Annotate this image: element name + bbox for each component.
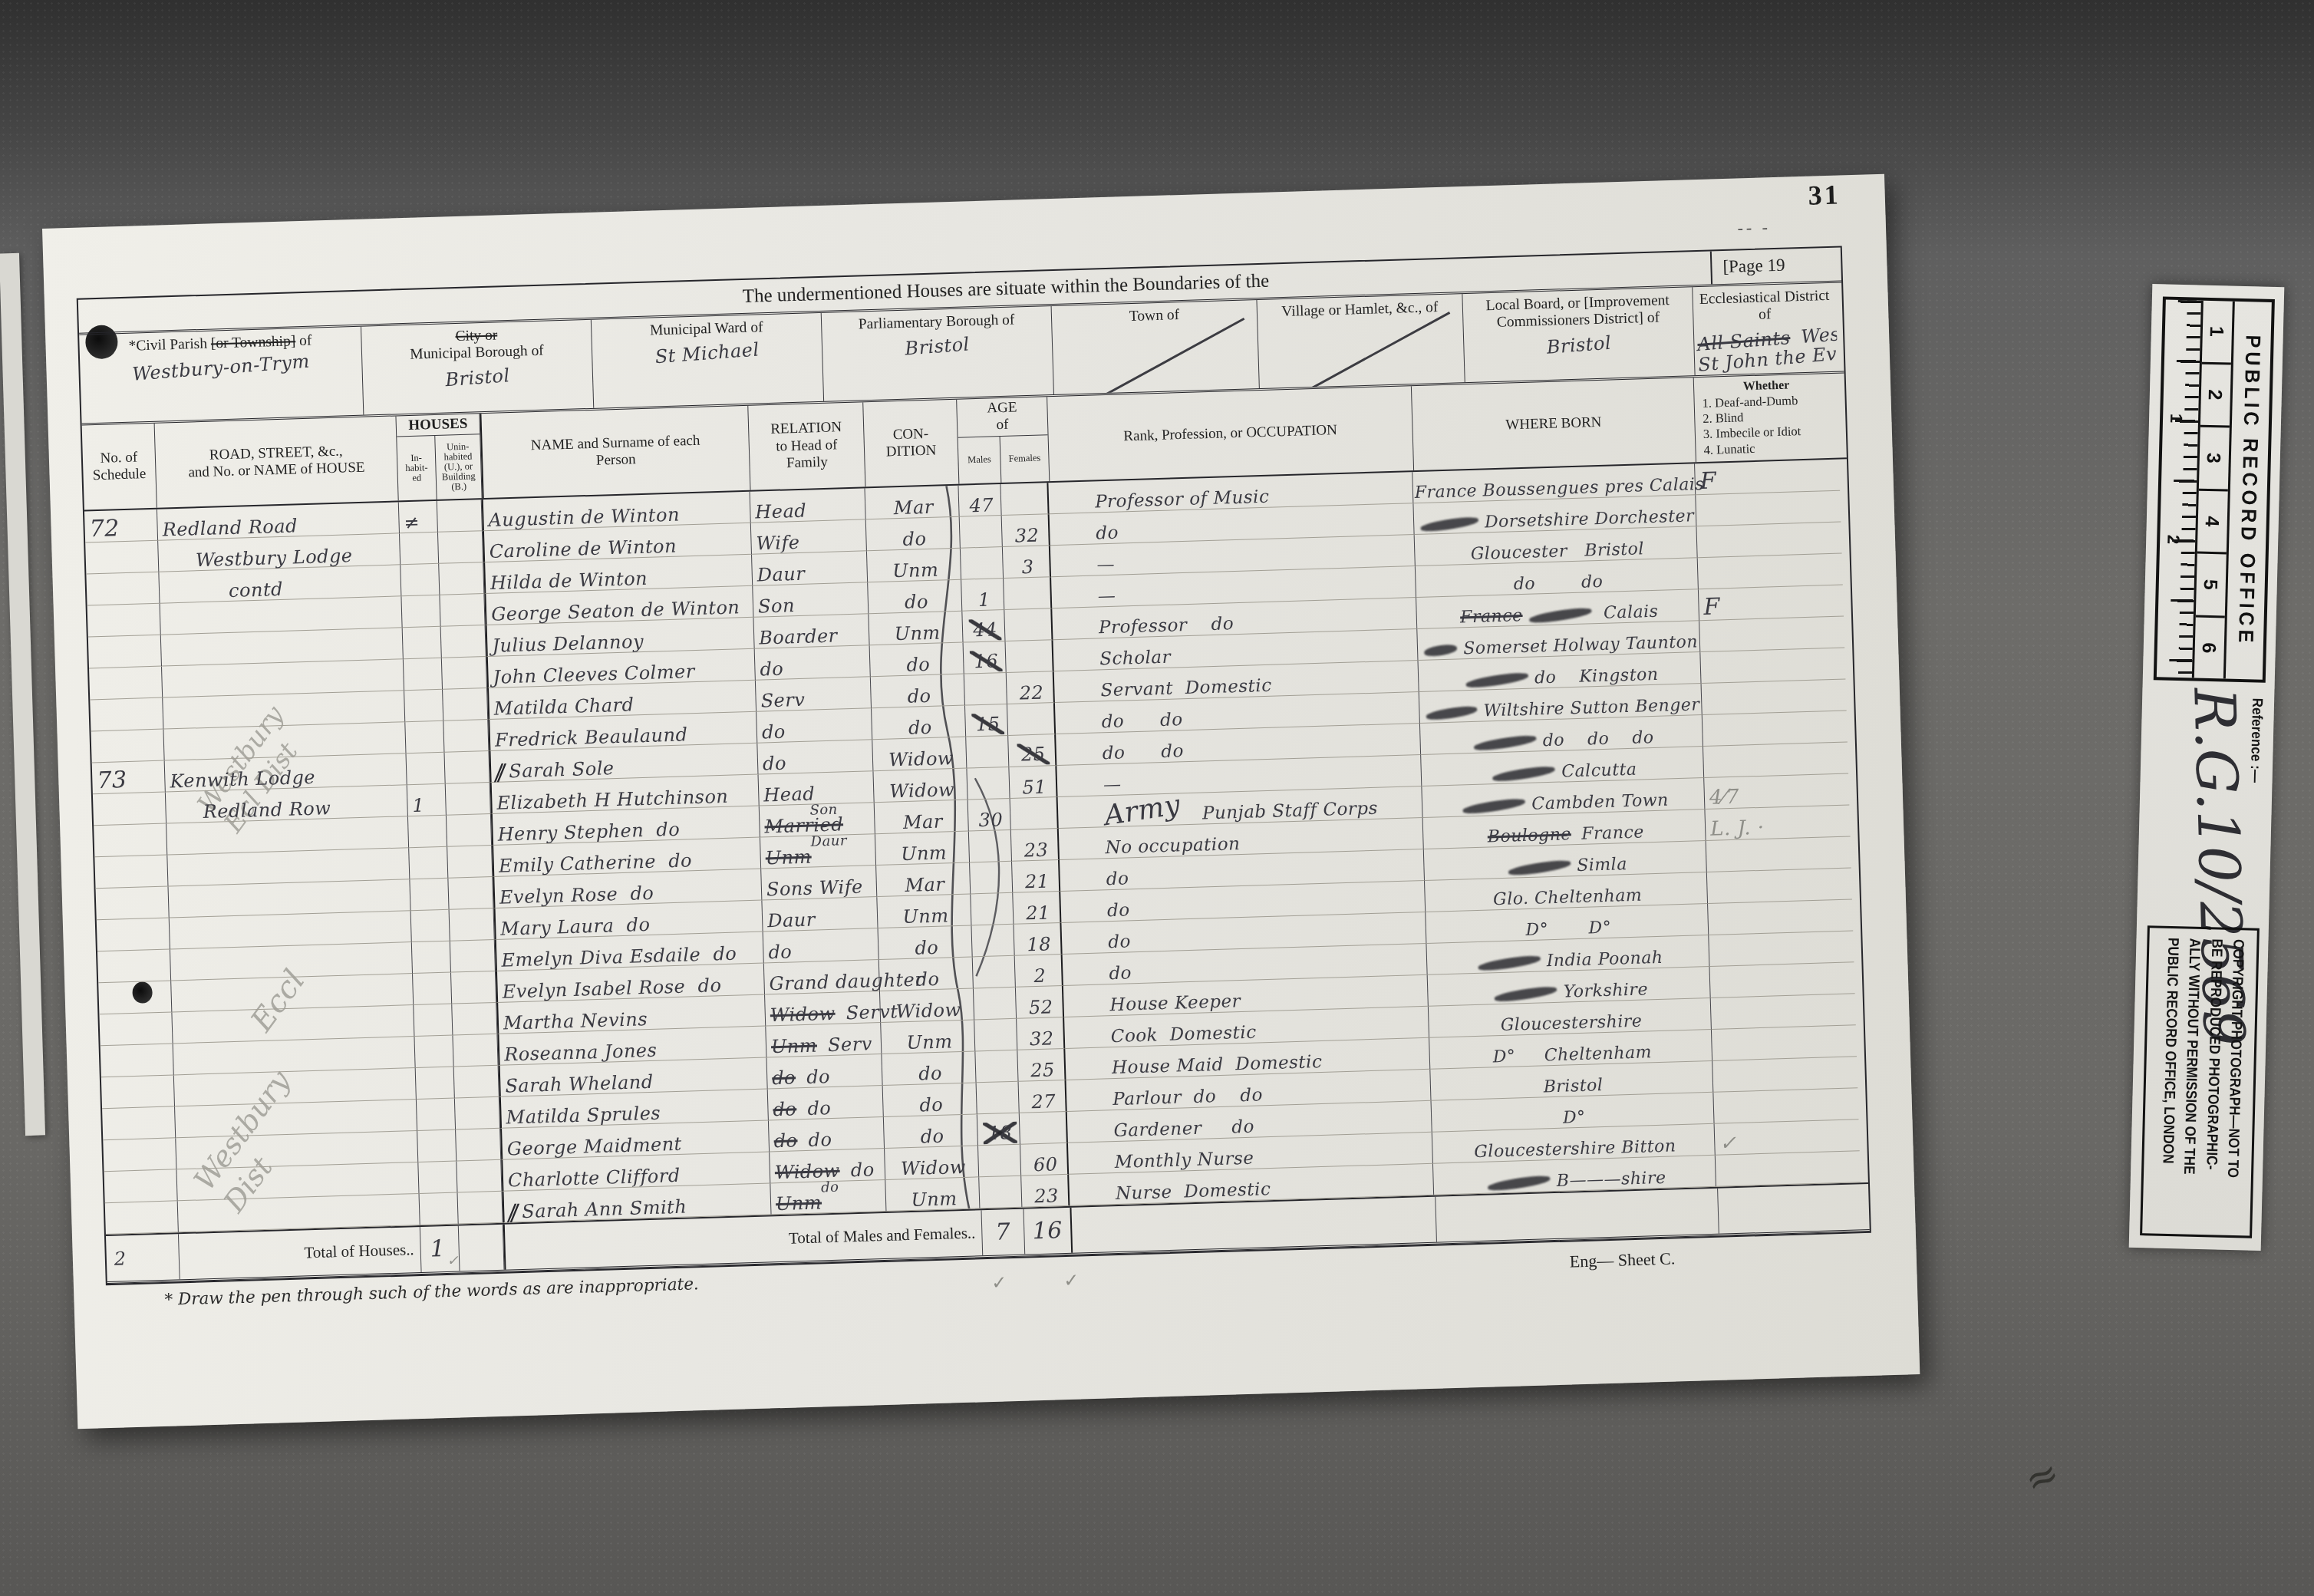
district-label: Village or Hamlet, &c., of (1261, 298, 1460, 322)
cell-condition: do (884, 1114, 978, 1149)
header-name: NAME and Surname of each Person (480, 406, 750, 498)
blank-slash (1281, 312, 1450, 388)
handwriting: Sarah Wheland (505, 1073, 654, 1096)
header-condition: CON- DITION (863, 400, 959, 487)
handwriting: Sarah Ann Smith (522, 1198, 687, 1221)
handwriting: Mar (905, 875, 945, 895)
cell-condition: do (882, 1051, 976, 1086)
handwriting: 72 (89, 517, 120, 541)
census-table-frame: The undermentioned Houses are situate wi… (77, 246, 1871, 1285)
handwriting: Cambden Town (1531, 792, 1669, 813)
cell-relation: do (763, 928, 879, 963)
cell-uninhabited (446, 783, 491, 816)
cell-age-female: 2 (1015, 955, 1063, 988)
cell-schedule (94, 824, 167, 858)
handwriting: do (915, 970, 940, 989)
handwriting: Sons Wife (766, 878, 863, 899)
cell-condition: Unm (877, 894, 971, 928)
handwriting: Bristol (1543, 1077, 1603, 1096)
cell-age-female: 18 (1014, 923, 1062, 956)
handwriting: Roseanna Jones (504, 1041, 658, 1064)
district-cell: *Civil Parish [or Township] ofWestbury-o… (79, 327, 364, 424)
handwriting: 51 (1022, 777, 1047, 796)
handwriting: do (802, 1130, 832, 1149)
handwriting: 23 (1034, 1186, 1059, 1205)
cell-inhabited (410, 879, 449, 911)
totals-houses-value: 1✓ (420, 1225, 460, 1271)
cell-relation: UnmDaur (760, 834, 876, 869)
cell-age-male (978, 1145, 1021, 1178)
ink-smudge (1420, 515, 1479, 533)
cell-relation: do (757, 740, 873, 774)
handwriting: Unm (911, 1189, 958, 1209)
cell-inhabited (411, 910, 450, 942)
handwriting: do (1109, 965, 1132, 983)
district-label: Ecclesiastical District of (1696, 288, 1833, 326)
cell-age-female (1020, 1112, 1068, 1145)
handwriting: Matilda Sprules (506, 1104, 661, 1127)
cell-disability (1699, 617, 1844, 653)
handwriting: Mar (894, 498, 934, 518)
cell-age-male: 1 (961, 579, 1004, 612)
ink-smudge (1492, 764, 1556, 783)
handwriting: Unm (776, 1193, 822, 1213)
cell-age-female (1007, 703, 1056, 736)
blank-slash (1076, 317, 1244, 394)
handwriting: do (768, 942, 793, 961)
handwriting: 1 (412, 796, 424, 815)
handwriting: 2 (1033, 967, 1046, 985)
handwriting: Widow (889, 780, 954, 801)
handwriting: Daur (810, 834, 847, 849)
cell-age-female: 27 (1019, 1080, 1067, 1113)
pencil-dots: -- - (1737, 217, 1771, 238)
handwriting: F (1703, 595, 1720, 619)
cell-condition: Widow (880, 988, 974, 1023)
handwriting: Professor do (1099, 615, 1234, 637)
cell-inhabited (404, 690, 443, 722)
header-schedule: No. of Schedule (82, 424, 157, 510)
cell-uninhabited (450, 908, 495, 941)
district-cell: City or Municipal Borough ofBristol (361, 320, 594, 415)
handwriting: do (902, 529, 927, 549)
cell-relation: do (755, 645, 871, 680)
cell-schedule (99, 1012, 173, 1046)
district-cell: Local Board, or [Improvement Commissione… (1462, 287, 1695, 382)
cell-relation: Widow do (770, 1149, 885, 1183)
cell-uninhabited (441, 625, 486, 658)
cell-condition: do (866, 517, 961, 552)
handwriting: do Kingston (1534, 667, 1659, 688)
cell-uninhabited (457, 1160, 502, 1193)
cell-age-male (975, 1050, 1018, 1083)
cell-uninhabited (456, 1129, 501, 1162)
handwriting: do (773, 1131, 798, 1150)
handwriting: 32 (1030, 1029, 1054, 1048)
cell-disability (1716, 1151, 1861, 1187)
handwriting: Scholar (1099, 649, 1172, 669)
cell-disability (1696, 491, 1841, 527)
handwriting: B———shire (1557, 1170, 1666, 1190)
handwriting: Monthly Nurse (1114, 1150, 1254, 1172)
cell-schedule (104, 1169, 177, 1203)
cell-disability (1696, 523, 1841, 559)
handwriting: do (821, 1181, 839, 1195)
handwriting: Redland Road (162, 516, 298, 539)
handwriting: 22 (1019, 684, 1043, 703)
handwriting: 3 (1021, 558, 1033, 576)
scale-number: 6 (2194, 617, 2225, 678)
scale-number: 4 (2197, 490, 2228, 554)
handwriting: Unm (765, 848, 812, 868)
handwriting: do (800, 1067, 831, 1087)
cell-schedule: 72 (84, 509, 158, 543)
cell-inhabited (417, 1099, 456, 1131)
cell-disability (1711, 994, 1856, 1030)
ink-smudge (1462, 796, 1526, 816)
cell-disability (1712, 1025, 1857, 1061)
district-value: Bristol (1467, 328, 1691, 362)
cell-relation: Sons Wife (761, 866, 877, 900)
cell-relation: Boarder (753, 614, 869, 648)
cell-inhabited (418, 1162, 457, 1194)
handwriting: Kenwith Lodge (170, 768, 315, 791)
handwriting: Mar (903, 813, 944, 833)
cell-relation: Head (750, 488, 866, 523)
totals-disability (1718, 1184, 1864, 1234)
ink-smudge (1528, 605, 1592, 625)
cell-schedule (97, 949, 171, 983)
cell-uninhabited (439, 562, 484, 595)
cell-age-female: 25 (1008, 734, 1056, 767)
adjacent-page-edge (0, 253, 45, 1136)
handwriting: do (1107, 902, 1130, 920)
handwriting: 60 (1033, 1155, 1058, 1174)
cell-age-female (1004, 608, 1053, 641)
cell-age-female: 51 (1009, 766, 1057, 799)
handwriting: 4⁄7 (1709, 787, 1740, 808)
cell-inhabited (414, 1036, 453, 1068)
cell-condition: do (870, 643, 964, 678)
cell-condition: Unm (881, 1020, 975, 1054)
cell-age-male (969, 830, 1012, 863)
handwriting: Calcutta (1561, 762, 1637, 781)
handwriting: 25 (1030, 1060, 1055, 1080)
cell-disability (1703, 711, 1848, 747)
cell-inhabited (417, 1130, 457, 1162)
handwriting: France (1576, 824, 1645, 843)
cell-disability: F (1699, 585, 1844, 622)
cell-inhabited (405, 721, 444, 753)
cell-age-male: 15 (965, 704, 1008, 737)
handwriting: Head (755, 502, 806, 522)
totals-females: 16 (1023, 1208, 1073, 1255)
cell-inhabited (404, 658, 443, 691)
handwriting: Widow (888, 749, 954, 770)
cell-condition: Unm (875, 832, 970, 866)
cell-age-male: 44 (962, 610, 1005, 643)
header-road: ROAD, STREET, &c., and No. or NAME of HO… (155, 416, 399, 507)
cell-disability (1708, 899, 1853, 935)
cell-relation: Unmdo (770, 1180, 886, 1215)
handwriting: 52 (1029, 998, 1053, 1017)
cell-inhabited: ≠ (399, 501, 438, 533)
cell-uninhabited (448, 877, 493, 910)
scale-number: 5 (2196, 554, 2227, 618)
cell-schedule (88, 635, 162, 669)
totals-occupation (1071, 1197, 1437, 1253)
handwriting: L. J. · (1710, 818, 1765, 839)
totals-uninhabited (459, 1225, 505, 1271)
cell-age-male (974, 988, 1017, 1021)
cell-relation: Serv (756, 677, 872, 711)
cell-schedule (90, 698, 163, 732)
handwriting: 21 (1026, 903, 1050, 922)
cell-age-male (961, 547, 1004, 580)
cell-age-female: 60 (1020, 1143, 1069, 1176)
cell-condition: Widow (873, 769, 967, 803)
handwriting: Daur (767, 911, 816, 931)
handwriting: Widow (896, 1001, 961, 1021)
cell-uninhabited (438, 531, 483, 564)
handwriting: 1 (978, 591, 991, 609)
handwriting: do (906, 655, 931, 674)
cell-disability: ✓ (1715, 1120, 1860, 1156)
cell-uninhabited (440, 594, 485, 627)
cell-inhabited (401, 595, 440, 628)
page-number: 31 (1808, 178, 1841, 211)
scale-number: 1 (2202, 301, 2233, 364)
handwriting: Head (763, 784, 815, 804)
cell-disability (1700, 648, 1845, 684)
cell-relation: do do (768, 1086, 884, 1120)
handwriting: Widow (770, 1004, 835, 1025)
cell-relation: Head (759, 771, 875, 806)
ink-smudge (1508, 858, 1571, 877)
cell-age-male (974, 1019, 1017, 1052)
handwriting: Cook Domestic (1111, 1024, 1257, 1047)
handwriting: 18 (983, 1122, 1017, 1144)
cell-relation: Unm Serv (766, 1023, 882, 1057)
cell-uninhabited (443, 688, 488, 721)
handwriting: contd (229, 580, 284, 600)
district-cell: Village or Hamlet, &c., of (1257, 294, 1465, 388)
cell-relation: do do (766, 1054, 882, 1089)
handwriting: do (905, 592, 929, 612)
handwriting: 18 (1027, 935, 1051, 954)
handwriting: 16 (970, 650, 1002, 672)
photo-background: { "colors":{"ink":"#3a3a42","pencil":"#8… (0, 0, 2314, 1596)
cell-condition: Unm (867, 549, 961, 583)
district-label: Local Board, or [Improvement Commissione… (1466, 292, 1690, 332)
cell-schedule (101, 1044, 174, 1077)
cell-relation: Widow Servt (765, 991, 881, 1026)
pro-reference-card: Reference :— R.G.10/2569 (2141, 691, 2269, 924)
handwriting: India Poonah (1546, 950, 1663, 970)
cell-disability: 4⁄7 (1704, 773, 1849, 810)
handwriting: Son (758, 596, 796, 615)
handwriting: ‖ (505, 1202, 519, 1222)
sheet-label: Eng— Sheet C. (1569, 1248, 1675, 1271)
cell-disability (1712, 1057, 1857, 1093)
handwriting: Unm (892, 561, 939, 581)
pencil-squiggle: ≈ (2018, 1449, 2067, 1505)
cell-relation: Son (753, 582, 869, 617)
cell-inhabited (407, 753, 446, 785)
handwriting: Unm (902, 906, 949, 926)
cell-age-male: 30 (968, 799, 1011, 832)
census-document: 31 -- - The undermentioned Houses are si… (42, 174, 1920, 1429)
handwriting: do (907, 687, 931, 706)
cell-age-male (971, 893, 1014, 926)
cell-age-female: 22 (1007, 671, 1055, 704)
cell-condition: Mar (875, 800, 969, 835)
handwriting: Unm (901, 843, 948, 863)
handwriting: do (918, 1064, 943, 1083)
cell-uninhabited (450, 940, 496, 973)
cell-condition: Widow (885, 1146, 979, 1180)
handwriting: Boulogne (1488, 826, 1572, 846)
handwriting: do (920, 1127, 944, 1146)
handwriting: do (844, 1160, 875, 1179)
cell-uninhabited (437, 500, 483, 533)
handwriting: Wife (756, 533, 800, 553)
cell-age-male: 18 (977, 1113, 1020, 1146)
ink-smudge (1473, 734, 1537, 753)
handwriting: Unm (894, 624, 941, 644)
handwriting: Nurse Domestic (1116, 1181, 1271, 1203)
cell-schedule (94, 856, 168, 889)
district-cell: Ecclesiastical District ofAll Saints Wes… (1693, 283, 1838, 375)
cell-age-female: 23 (1021, 1175, 1070, 1208)
handwriting: France (1460, 608, 1523, 626)
cell-schedule (89, 667, 163, 701)
district-value: Bristol (366, 360, 590, 394)
cell-disability: F (1695, 460, 1840, 496)
cell-inhabited (414, 1004, 453, 1037)
cell-disability (1709, 931, 1854, 967)
handwriting: do (801, 1099, 832, 1118)
cell-condition: Unm (885, 1177, 980, 1212)
cell-age-male (970, 862, 1013, 895)
cell-uninhabited (443, 720, 489, 753)
cell-age-female (1004, 577, 1052, 610)
ink-smudge (1494, 984, 1557, 1004)
handwriting: do do do (1542, 730, 1654, 750)
handwriting: — (1103, 777, 1122, 795)
header-uninhabited: Unin- habited (U.), or Building (B.) (435, 435, 481, 500)
totals-houses-label: Total of Houses.. (179, 1227, 422, 1279)
totals-males: 7 (981, 1209, 1025, 1256)
cell-age-female: 32 (1002, 514, 1050, 547)
handwriting: Julius Delannoy (492, 632, 644, 655)
header-inhabited: In- habit- ed (397, 436, 437, 500)
handwriting: 27 (1031, 1092, 1056, 1111)
cell-age-female: 32 (1017, 1017, 1065, 1050)
handwriting: ✓ (1719, 1133, 1737, 1154)
handwriting: Daur (756, 565, 805, 585)
handwriting: Widow (901, 1158, 966, 1179)
handwriting: F (1699, 470, 1716, 493)
cell-uninhabited (453, 1034, 498, 1067)
cell-schedule (97, 918, 170, 951)
handwriting: Glo. Cheltenham (1493, 888, 1643, 909)
cell-inhabited (408, 816, 447, 848)
handwriting: Serv (760, 691, 805, 711)
cell-inhabited (403, 627, 442, 659)
cell-relation: do do (769, 1117, 885, 1152)
cell-schedule (102, 1106, 176, 1140)
pro-ruler-card: PUBLIC RECORD OFFICE 123456 1 2 (2154, 296, 2275, 682)
handwriting: Gloucestershire (1501, 1014, 1643, 1034)
cell-age-male: 47 (958, 484, 1001, 517)
district-label: City or Municipal Borough of (364, 325, 588, 365)
handwriting: 15 (972, 713, 1004, 735)
district-cell: Municipal Ward ofSt Michael (592, 313, 824, 408)
cell-schedule (101, 1075, 175, 1109)
handwriting: do (772, 1068, 796, 1087)
cell-disability: L. J. · (1705, 805, 1850, 841)
pencil-checkmarks: ✓ ✓ (991, 1269, 1106, 1294)
cell-uninhabited (455, 1097, 500, 1130)
cell-relation: Grand daughter (764, 960, 880, 994)
cell-age-female: 21 (1013, 892, 1061, 925)
handwriting: D° (1563, 1110, 1586, 1127)
handwriting: do do (1101, 711, 1183, 731)
handwriting: Redland Row (203, 799, 331, 821)
cell-schedule (87, 604, 161, 638)
cell-age-male (977, 1082, 1020, 1115)
district-cell: Parliamentary Borough ofBristol (822, 306, 1054, 401)
handwriting: Mary Laura do (500, 915, 651, 938)
cell-condition: do (878, 925, 973, 960)
handwriting: 32 (1014, 526, 1039, 546)
ink-smudge (1477, 954, 1541, 973)
handwriting: Boarder (759, 626, 838, 647)
district-value: St Michael (595, 336, 819, 371)
handwriting: do (908, 718, 933, 737)
cell-schedule (105, 1201, 179, 1235)
handwriting: ≠ (404, 513, 420, 533)
handwriting: House Keeper (1109, 993, 1241, 1014)
cell-uninhabited (447, 814, 492, 847)
cell-relation: MarriedSon (760, 803, 875, 837)
handwriting: Hilda de Winton (490, 569, 648, 592)
handwriting: Calais (1597, 604, 1659, 622)
cell-age-female: 21 (1012, 860, 1060, 893)
cell-uninhabited (447, 846, 493, 879)
cell-schedule (91, 730, 164, 763)
header-houses: HOUSES In- habit- ed Unin- habited (U.),… (396, 414, 482, 500)
handwriting: Evelyn Rose do (499, 884, 654, 907)
cell-condition: do (883, 1083, 977, 1117)
handwriting: Parlour do do (1112, 1087, 1263, 1109)
handwriting: Unm (906, 1032, 953, 1052)
cell-age-male (979, 1176, 1022, 1209)
cell-schedule (93, 793, 166, 826)
cell-inhabited (416, 1067, 455, 1100)
header-males: Males (958, 437, 1002, 484)
handwriting: 21 (1025, 872, 1050, 891)
cell-inhabited: 1 (407, 784, 447, 816)
cell-relation: do (756, 708, 872, 743)
handwriting: do (773, 1100, 797, 1119)
district-label: Town of (1055, 305, 1254, 328)
handwriting: do (1096, 525, 1119, 543)
cell-condition: do (879, 957, 974, 991)
header-relation: RELATION to Head of Family (748, 402, 865, 490)
cell-condition: Widow (872, 737, 967, 772)
